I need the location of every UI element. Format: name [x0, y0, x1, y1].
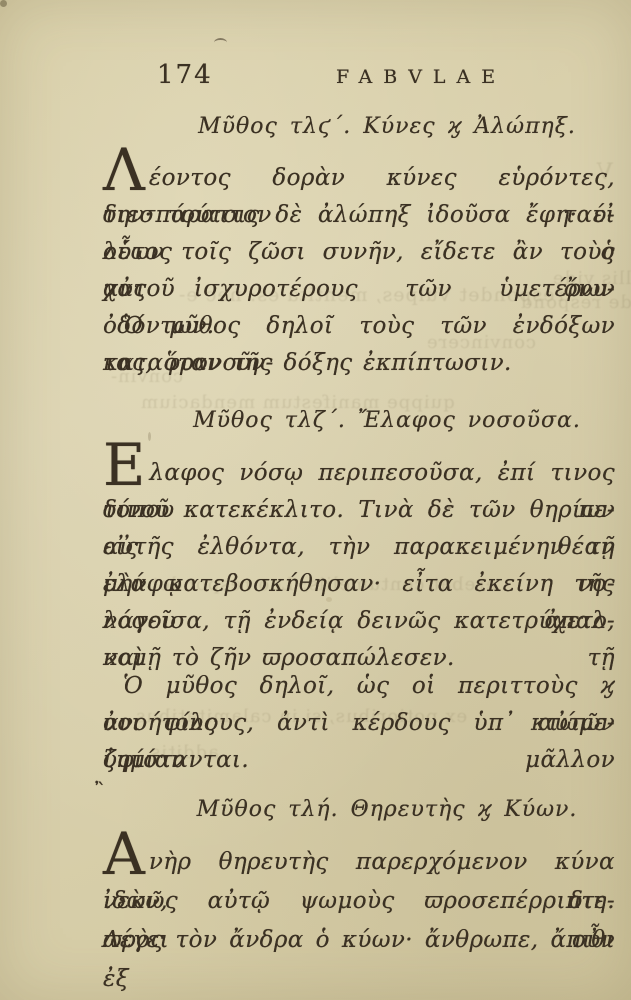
drop-initial: Λ: [103, 136, 145, 204]
page-number: 174: [157, 60, 213, 90]
fable-body-338: ῍Ανὴρ θηρευτὴς παρερχόμενον κύνα ἰδὼν, δ…: [103, 843, 615, 960]
text-line: ῍Ανὴρ θηρευτὴς παρερχόμενον κύνα ἰδὼν, δ…: [103, 843, 615, 882]
ink-speck: [0, 0, 7, 7]
text-line: τας, ὅταν τῆς δόξης ἐκπίπτωσιν.: [103, 345, 615, 382]
text-line: λαγεῖσα, τῇ ἐνδείᾳ δεινῶς κατετρύχετο, κ…: [103, 603, 615, 640]
text-line: μὴν κατεβοσκήθησαν· εἶτα ἐκείνη τῆς νόσο…: [103, 566, 615, 603]
fable-heading-337: Μῦθος τλζ´. Ἔλαφος νοσοῦσα.: [103, 408, 631, 433]
text-line: Ὁ μῦθος δηλοῖ τοὺς τῶν ἐνδόξων καταφρονο…: [103, 308, 615, 345]
fable-body-336: Λέοντος δορὰν κύνες εὑρόντες, διεσπάραττ…: [103, 160, 615, 308]
pen-mark: [214, 38, 227, 47]
book-page: Vrespondet Vulpes, mentita es: nec e-pul…: [0, 0, 631, 1000]
drop-initial: ῍Α: [103, 820, 145, 888]
text-line: χας ἰσχυροτέρους τῶν ὑμετέρων ὀδόντων.: [103, 271, 615, 308]
drop-initial: Ε: [103, 431, 145, 499]
text-line: Λέοντος δορὰν κύνες εὑρόντες, διεσπάραττ…: [103, 160, 615, 197]
text-line: νοι φίλους, ἀντὶ κέρδους ὑπ᾽ αὐτῶν ζημία…: [103, 705, 615, 742]
text-line: αὐτῆς ἐλθόντα, τὴν παρακειμένην τῇ ἐλάφῳ…: [103, 529, 615, 566]
text-line: νεκῶς αὐτῷ ψωμοὺς ϖροσεπέρριπτε. Λέγει ο…: [103, 882, 615, 921]
fable-body-337: Ελαφος νόσῳ περιπεσοῦσα, ἐπί τινος τόπου…: [103, 455, 615, 677]
running-title: FABVLAE: [336, 66, 506, 88]
text-line: λέων τοῖς ζῶσι συνῆν, εἴδετε ἂν τοὺς αὐτ…: [103, 234, 615, 271]
fable-moral-336: Ὁ μῦθος δηλοῖ τοὺς τῶν ἐνδόξων καταφρονο…: [103, 308, 615, 382]
text-line: την· τούτοις δὲ ἀλώπηξ ἰδοῦσα ἔφη· εἰ οὗ…: [103, 197, 615, 234]
fable-heading-338: Μῦθος τλή. Θηρευτὴς ϗ Κύων.: [103, 797, 631, 822]
text-line: Ελαφος νόσῳ περιπεσοῦσα, ἐπί τινος τόπου…: [103, 455, 615, 492]
text-line: Ὁ μῦθος δηλοῖ, ὡς οἱ περιττοὺς ϗ ἀνοήτου…: [103, 668, 615, 705]
fable-moral-337: Ὁ μῦθος δηλοῖ, ὡς οἱ περιττοὺς ϗ ἀνοήτου…: [103, 668, 615, 779]
text-line: ϖρὸς τὸν ἄνδρα ὁ κύων· ἄνθρωπε, ἄπιθι ἐξ: [103, 921, 615, 960]
ink-speck: [148, 432, 151, 441]
fable-heading-336: Μῦθος τλϛ´. Κύνες ϗ Ἀλώπηξ.: [103, 114, 631, 139]
text-line: δινοῦ κατεκέκλιτο. Τινὰ δὲ τῶν θηρίων εἰ…: [103, 492, 615, 529]
